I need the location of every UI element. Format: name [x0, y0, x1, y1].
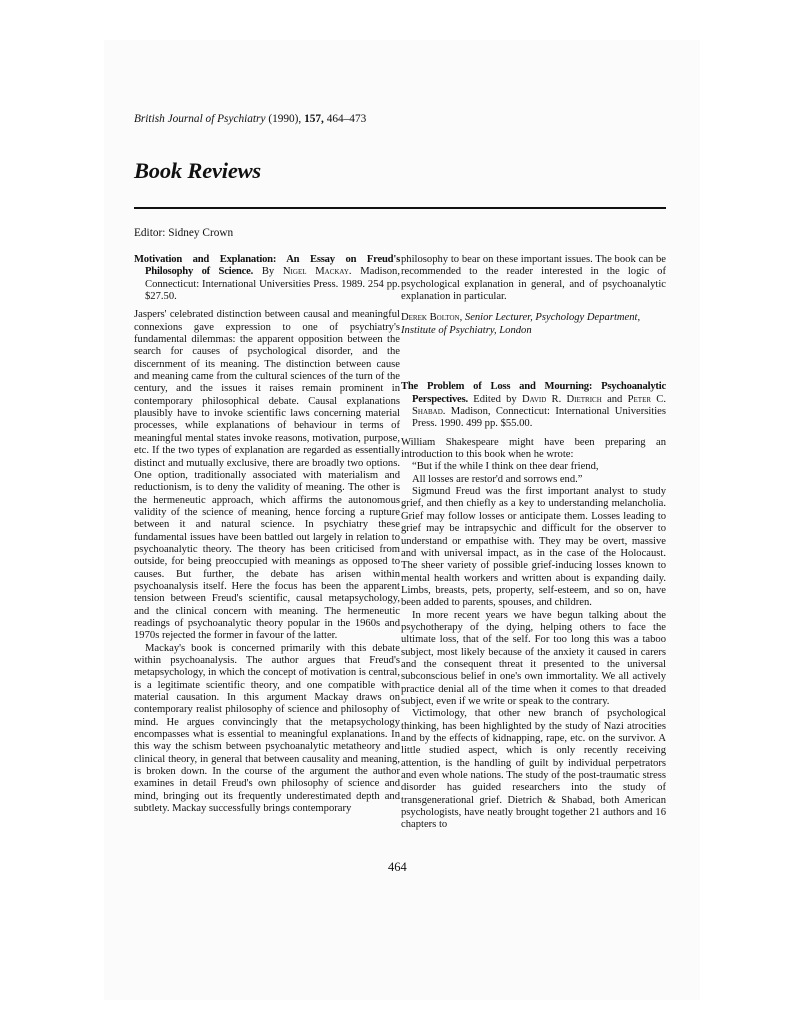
review-2-paragraph-1: Sigmund Freud was the first important an… — [401, 486, 666, 609]
journal-volume: 157, — [304, 113, 324, 125]
right-column: philosophy to bear on these important is… — [401, 254, 666, 832]
horizontal-rule — [134, 207, 666, 209]
journal-name: British Journal of Psychiatry — [134, 113, 265, 125]
review-2-quote-line-1: “But if the while I think on thee dear f… — [401, 461, 666, 473]
review-2-paragraph-2: In more recent years we have begun talki… — [401, 610, 666, 709]
review-2-quote-line-2: All losses are restor'd and sorrows end.… — [401, 474, 666, 486]
review-2-editor-1: David R. Dietrich — [522, 394, 602, 405]
journal-year: (1990), — [268, 113, 301, 125]
review-1-paragraph-2-part-1: Mackay's book is concerned primarily wit… — [134, 643, 400, 816]
review-2-paragraph-3: Victimology, that other new branch of ps… — [401, 708, 666, 831]
review-1-reviewer: Derek Bolton, Senior Lecturer, Psycholog… — [401, 311, 666, 337]
review-2-citation: The Problem of Loss and Mourning: Psycho… — [401, 381, 666, 430]
editor-line: Editor: Sidney Crown — [134, 227, 233, 239]
review-2-and-label: and — [607, 394, 622, 405]
review-2-intro: William Shakespeare might have been prep… — [401, 437, 666, 462]
journal-citation-header: British Journal of Psychiatry (1990), 15… — [134, 113, 366, 125]
left-column: Motivation and Explanation: An Essay on … — [134, 254, 400, 815]
reviewer-name: Derek Bolton — [401, 312, 460, 323]
review-2-edited-label: Edited by — [473, 394, 517, 405]
review-1-paragraph-2-part-2: philosophy to bear on these important is… — [401, 254, 666, 303]
review-1-paragraph-1: Jaspers' celebrated distinction between … — [134, 309, 400, 642]
page-number: 464 — [388, 860, 407, 875]
section-title: Book Reviews — [134, 158, 261, 184]
journal-pages: 464–473 — [327, 113, 367, 125]
review-2-publication: . Madison, Connecticut: International Un… — [412, 406, 666, 429]
review-1-by-label: By — [262, 266, 274, 277]
review-1-author: Nigel Mackay — [283, 266, 349, 277]
review-1-citation: Motivation and Explanation: An Essay on … — [134, 254, 400, 303]
